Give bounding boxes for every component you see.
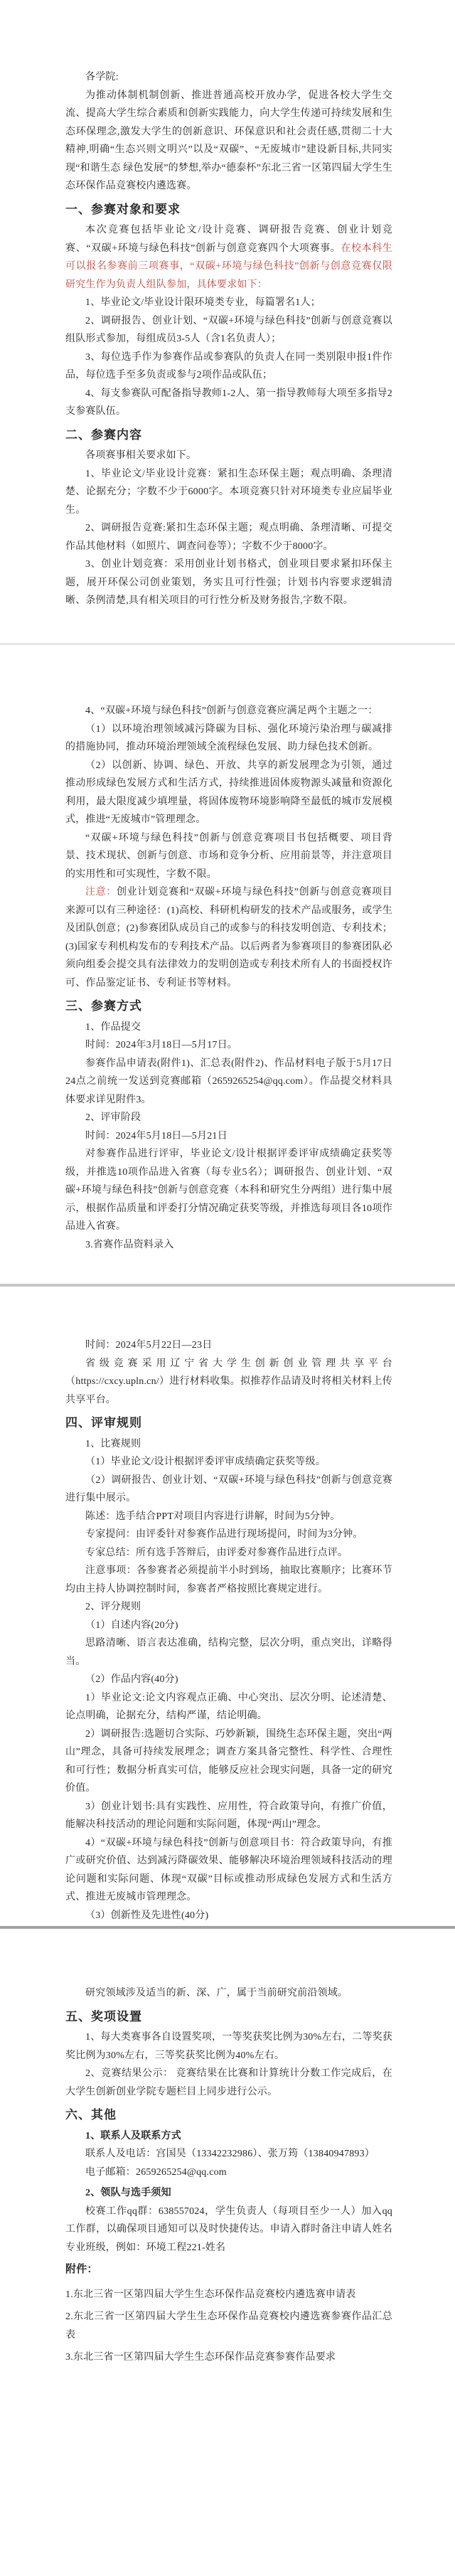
page-3: 时间：2024年5月22日—23日 省级竞赛采用辽宁省大学生创新创业管理共享平台… bbox=[0, 1287, 455, 1926]
paragraph: （1）自述内容(20分) bbox=[65, 1617, 392, 1635]
paragraph: 专家总结：所有选手答辩后，由评委对参赛作品进行点评。 bbox=[65, 1544, 392, 1563]
paragraph: 专家提问：由评委针对参赛作品进行现场提问，时间为3分钟。 bbox=[65, 1526, 392, 1544]
paragraph: 1、每大类赛事各自设置奖项，一等奖获奖比例为30%左右，二等奖获奖比例为30%左… bbox=[65, 2028, 392, 2065]
heading-section-2: 二、参赛内容 bbox=[65, 426, 392, 445]
paragraph: 3）创业计划书:具有实践性、应用性，符合政策导向，有推广价值，能解决科技活动的理… bbox=[65, 1798, 392, 1834]
list-item: 4、“双碳+环境与绿色科技”创新与创意竞赛应满足两个主题之一： bbox=[65, 702, 392, 720]
paragraph: “双碳+环境与绿色科技”创新与创意竞赛项目书包括概要、项目背景、技术现状、创新与… bbox=[65, 829, 392, 884]
page-2: 4、“双碳+环境与绿色科技”创新与创意竞赛应满足两个主题之一： （1）以环境治理… bbox=[0, 645, 455, 1284]
paragraph: 校赛工作qq群：638557024，学生负责人（每项目至少一人）加入qq工作群，… bbox=[65, 2203, 392, 2257]
subheading-team-notice: 2、领队与选手须知 bbox=[65, 2184, 392, 2203]
paragraph: 研究领域涉及适当的新、深、广，属于当前研究前沿领域。 bbox=[65, 1984, 392, 2003]
paragraph: （2）调研报告、创业计划、“双碳+环境与绿色科技”创新与创意竞赛进行集中展示。 bbox=[65, 1471, 392, 1508]
heading-section-1: 一、参赛对象和要求 bbox=[65, 201, 392, 219]
paragraph: 各项赛事相关要求如下。 bbox=[65, 447, 392, 465]
paragraph: （2）以创新、协调、绿色、开放、共享的新发展理念为引领，通过推动形成绿色发展方式… bbox=[65, 757, 392, 829]
paragraph: 1、比赛规则 bbox=[65, 1435, 392, 1454]
paragraph: 省级竞赛采用辽宁省大学生创新创业管理共享平台（https://cxcy.upln… bbox=[65, 1355, 392, 1410]
list-item: 1、毕业论文/毕业设计竞赛：紧扣生态环保主题；观点明确、条理清楚、论据充分；字数… bbox=[65, 465, 392, 520]
paragraph: 2、竞赛结果公示： 竞赛结果在比赛和计算统计分数工作完成后，在大学生创新创业学院… bbox=[65, 2065, 392, 2101]
paragraph: 注意：创业计划竞赛和“双碳+环境与绿色科技”创新与创意竞赛项目来源可以有三种途径… bbox=[65, 883, 392, 992]
list-item: 1、毕业论文/毕业设计限环境类专业，每篇署名1人； bbox=[65, 294, 392, 312]
paragraph: 思路清晰、语言表达准确，结构完整，层次分明，重点突出，详略得当。 bbox=[65, 1634, 392, 1671]
paragraph: 时间：2024年3月18日—5月17日。 bbox=[65, 1036, 392, 1055]
heading-section-6: 六、其他 bbox=[65, 2106, 392, 2124]
paragraph: 2、评审阶段 bbox=[65, 1109, 392, 1127]
heading-section-3: 三、参赛方式 bbox=[65, 997, 392, 1016]
paragraph: 4）“双碳+环境与绿色科技”创新与创意项目书：符合政策导向，有推广或研究价值、达… bbox=[65, 1834, 392, 1907]
heading-section-4: 四、评审规则 bbox=[65, 1414, 392, 1432]
salutation: 各学院: bbox=[65, 68, 392, 87]
paragraph: 参赛作品申请表(附件1)、汇总表(附件2)、作品材料电子版于5月17日24点之前… bbox=[65, 1055, 392, 1109]
paragraph: 时间：2024年5月22日—23日 bbox=[65, 1336, 392, 1355]
paragraph: 3.省赛作品资料录入 bbox=[65, 1236, 392, 1255]
heading-section-5: 五、奖项设置 bbox=[65, 2008, 392, 2026]
red-note-label: 注意： bbox=[85, 887, 117, 898]
list-item: 4、每支参赛队可配备指导教师1-2人、第一指导教师每大项至多指导2支参赛队伍。 bbox=[65, 385, 392, 421]
paragraph: 时间：2024年5月18日—5月21日 bbox=[65, 1127, 392, 1146]
attachment-item: 3.东北三省一区第四届大学生生态环保作品竞赛参赛作品要求 bbox=[65, 2348, 392, 2367]
paragraph: 2、评分规则 bbox=[65, 1598, 392, 1617]
document-viewer: 各学院: 为推动体制机制创新、推进普通高校开放办学，促进各校大学生交流、提高大学… bbox=[0, 0, 455, 2576]
attachment-item: 1.东北三省一区第四届大学生生态环保作品竞赛校内遴选赛申请表 bbox=[65, 2286, 392, 2304]
paragraph: 1、作品提交 bbox=[65, 1018, 392, 1037]
paragraph: （1）毕业论文/设计根据评委评审成绩确定获奖等级。 bbox=[65, 1453, 392, 1471]
paragraph: （2）作品内容(40分) bbox=[65, 1671, 392, 1689]
text-run: 创业计划竞赛和“双碳+环境与绿色科技”创新与创意竞赛项目来源可以有三种途径：(1… bbox=[65, 887, 392, 989]
page-4: 研究领域涉及适当的新、深、广，属于当前研究前沿领域。 五、奖项设置 1、每大类赛… bbox=[0, 1929, 455, 2576]
list-item: 2、调研报告竞赛:紧扣生态环保主题；观点明确、条理清晰、可提交作品其他材料（如照… bbox=[65, 519, 392, 555]
list-item: 2、调研报告、创业计划、“双碳+环境与绿色科技”创新与创意竞赛以组队形式参加，每… bbox=[65, 312, 392, 348]
paragraph: 2）调研报告:选题切合实际、巧妙新颖，围绕生态环保主题，突出“两山”理念，具备可… bbox=[65, 1725, 392, 1798]
attachments-label: 附件： bbox=[65, 2261, 392, 2279]
subheading-contacts: 1、联系人及联系方式 bbox=[65, 2127, 392, 2146]
intro-paragraph: 为推动体制机制创新、推进普通高校开放办学，促进各校大学生交流、提高大学生综合素质… bbox=[65, 87, 392, 196]
paragraph: （3）创新性及先进性(40分) bbox=[65, 1907, 392, 1925]
email-line: 电子邮箱：2659265254@qq.com bbox=[65, 2163, 392, 2182]
paragraph: 1）毕业论文:论文内容观点正确、中心突出、层次分明、论述清楚、论点明确，论据充分… bbox=[65, 1689, 392, 1725]
page-1: 各学院: 为推动体制机制创新、推进普通高校开放办学，促进各校大学生交流、提高大学… bbox=[0, 0, 455, 643]
paragraph: 对参赛作品进行评审，毕业论文/设计根据评委评审成绩确定获奖等级，并推选10项作品… bbox=[65, 1145, 392, 1236]
list-item: 3、每位选手作为参赛作品或参赛队的负责人在同一类别限申报1件作品，每位选手至多负… bbox=[65, 348, 392, 385]
paragraph: 本次竞赛包括毕业论文/设计竞赛、调研报告竞赛、创业计划竞赛、“双碳+环境与绿色科… bbox=[65, 221, 392, 294]
paragraph: 陈述：选手结合PPT对项目内容进行讲解，时间为5分钟。 bbox=[65, 1508, 392, 1526]
contact-line: 联系人及电话：宫国昊（13342232986）、张万筠（13840947893） bbox=[65, 2145, 392, 2163]
paragraph: 注意事项：各参赛者必须提前半小时到场，抽取比赛顺序；比赛环节均由主持人协调控制时… bbox=[65, 1562, 392, 1598]
paragraph: （1）以环境治理领域减污降碳为目标、强化环境污染治理与碳减排的措施协同，推动环境… bbox=[65, 720, 392, 757]
attachment-item: 2.东北三省一区第四届大学生生态环保作品竞赛校内遴选赛参赛作品汇总表 bbox=[65, 2308, 392, 2344]
list-item: 3、创业计划竞赛：采用创业计划书格式，创业项目要求紧扣环保主题，展开环保公司创业… bbox=[65, 555, 392, 610]
